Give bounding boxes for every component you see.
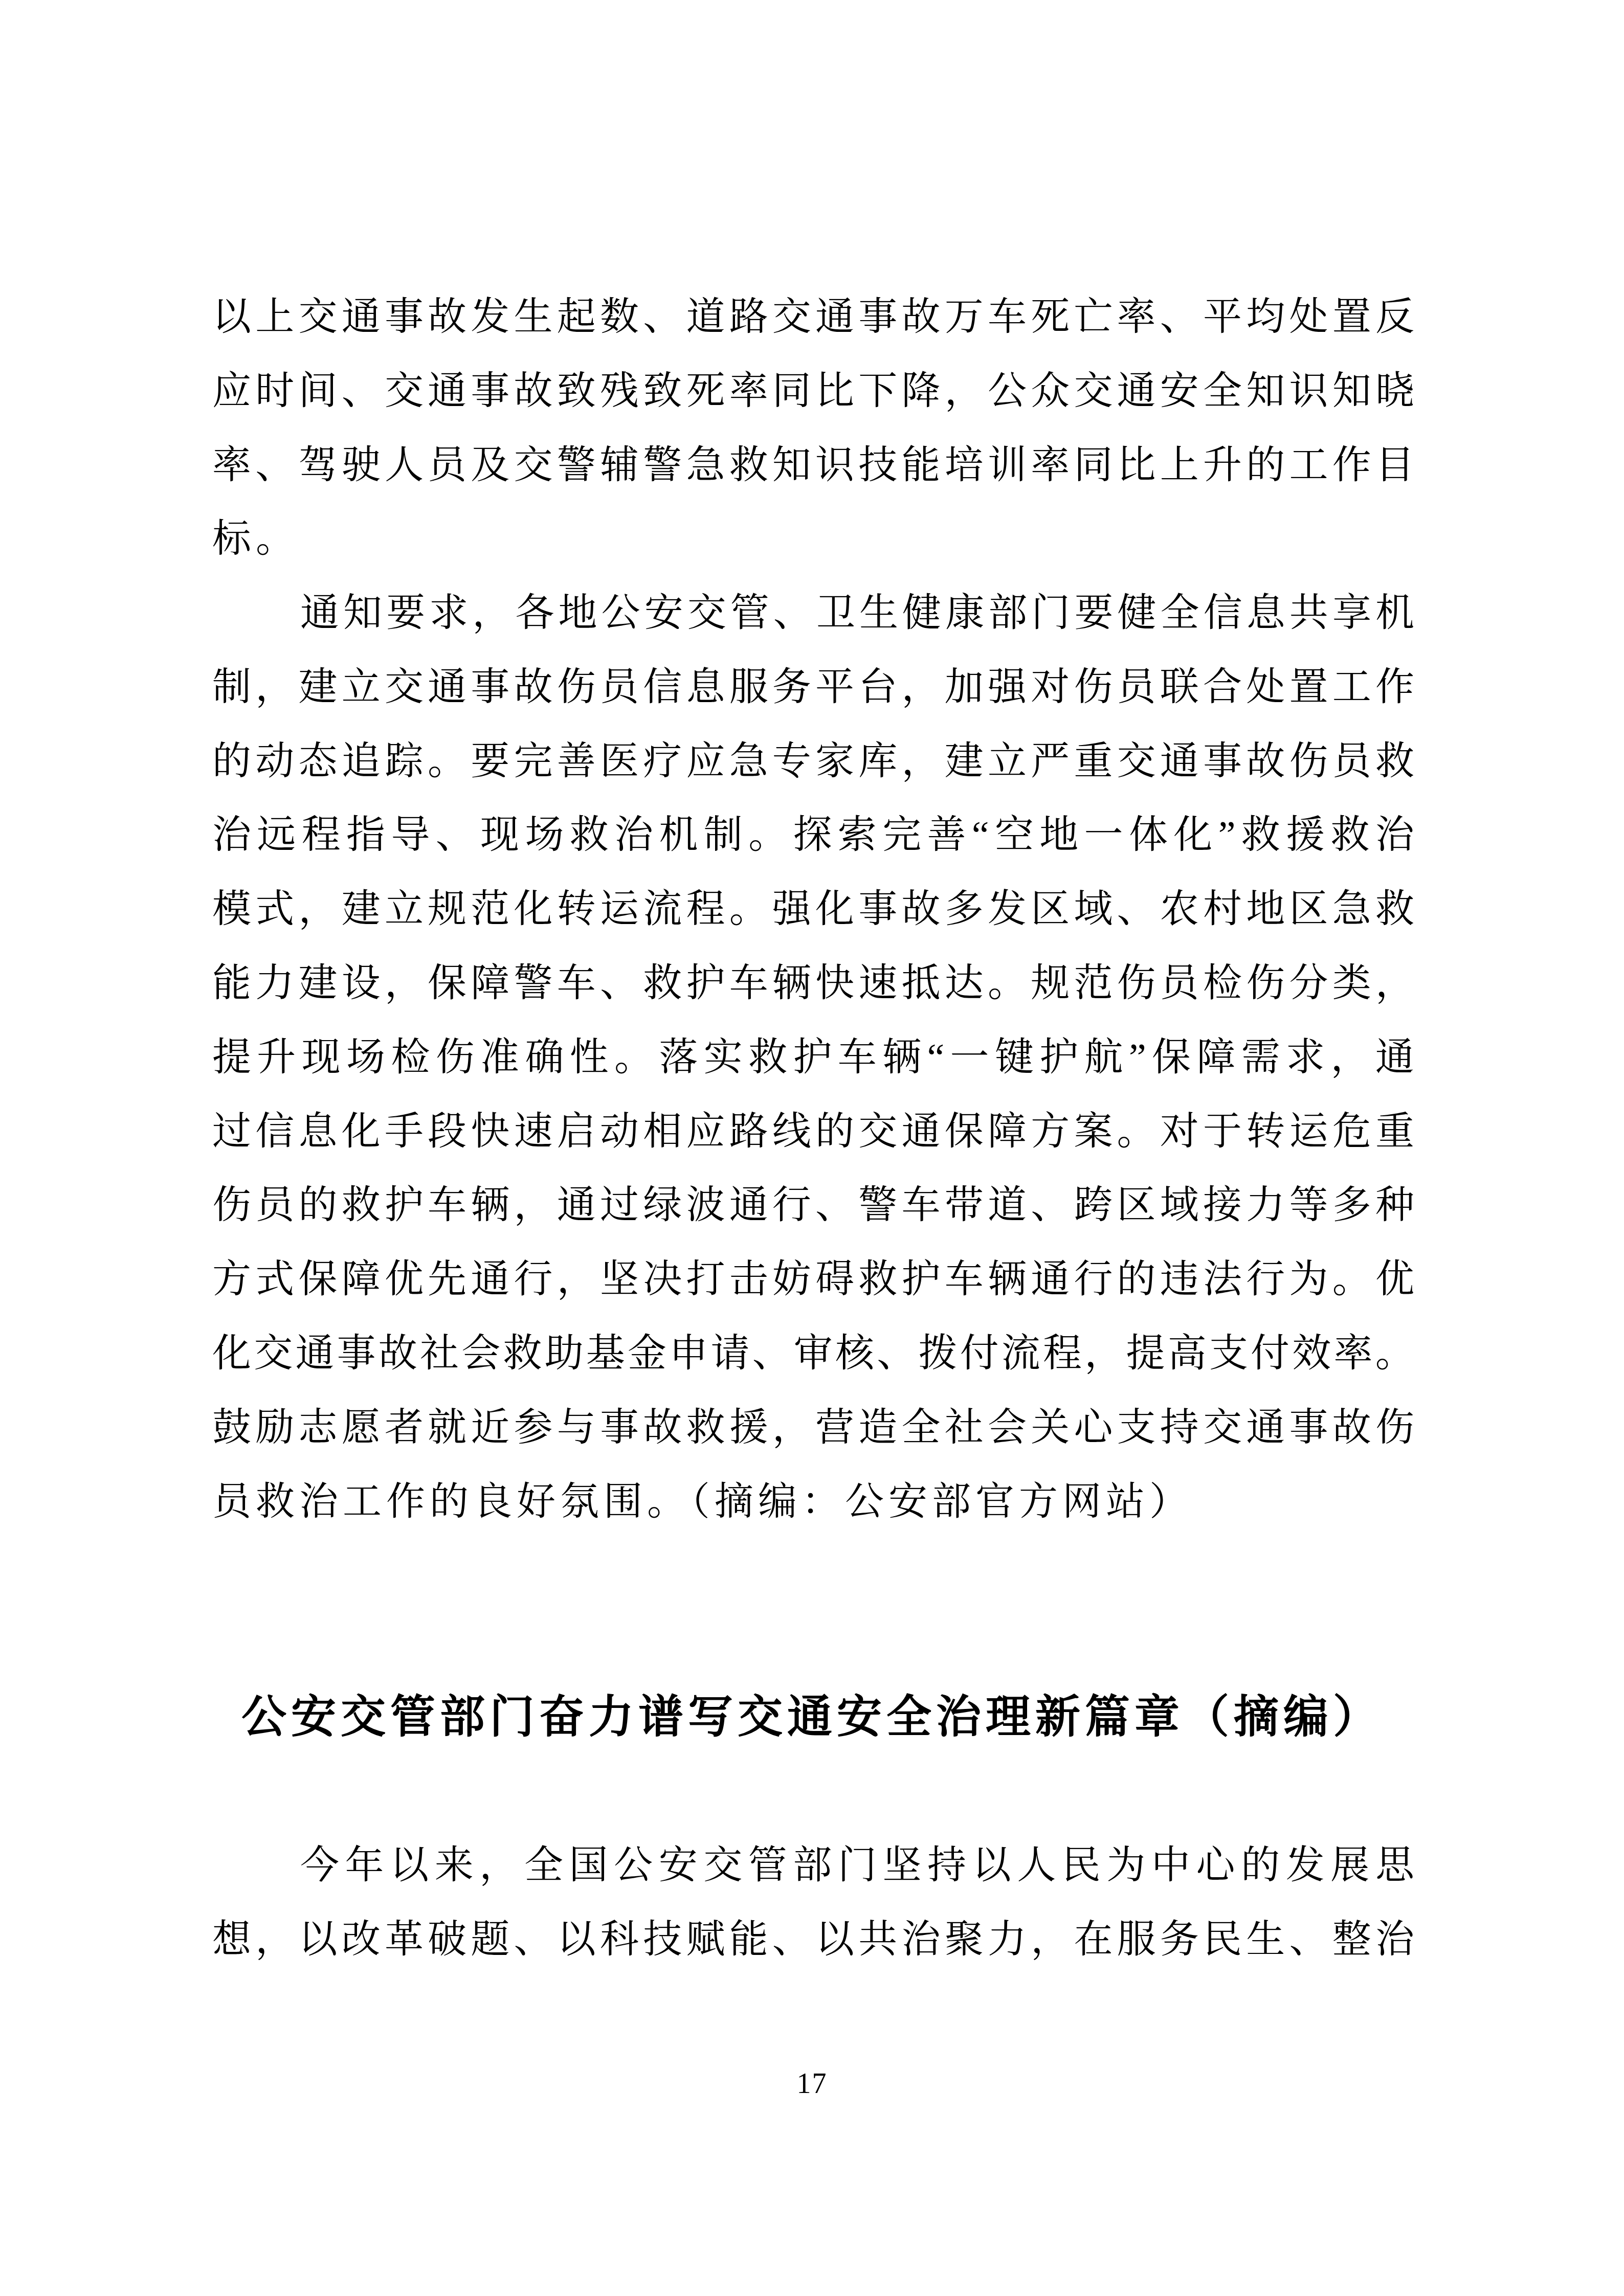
- text-line: 以上交通事故发生起数、道路交通事故万车死亡率、平均处置反: [212, 280, 1414, 354]
- text-line: 的动态追踪。要完善医疗应急专家库，建立严重交通事故伤员救: [212, 725, 1414, 799]
- text-line: 化交通事故社会救助基金申请、审核、拨付流程，提高支付效率。: [212, 1317, 1414, 1391]
- paragraph-this-year: 今年以来，全国公安交管部门坚持以人民为中心的发展思想，以改革破题、以科技赋能、以…: [212, 1829, 1414, 1977]
- text-line: 今年以来，全国公安交管部门坚持以人民为中心的发展思: [212, 1829, 1414, 1903]
- text-line: 率、驾驶人员及交警辅警急救知识技能培训率同比上升的工作目: [212, 429, 1414, 503]
- text-line: 员救治工作的良好氛围。（摘编：公安部官方网站）: [212, 1465, 1414, 1539]
- text-line: 想，以改革破题、以科技赋能、以共治聚力，在服务民生、整治: [212, 1903, 1414, 1977]
- text-line: 标。: [212, 502, 1414, 576]
- text-line: 方式保障优先通行，坚决打击妨碍救护车辆通行的违法行为。优: [212, 1243, 1414, 1317]
- text-line: 治远程指导、现场救治机制。探索完善“空地一体化”救援救治: [212, 798, 1414, 872]
- text-line: 应时间、交通事故致残致死率同比下降，公众交通安全知识知晓: [212, 354, 1414, 429]
- page-number: 17: [0, 2068, 1624, 2099]
- paragraph-continued-goals: 以上交通事故发生起数、道路交通事故万车死亡率、平均处置反应时间、交通事故致残致死…: [212, 280, 1414, 576]
- text-line: 模式，建立规范化转运流程。强化事故多发区域、农村地区急救: [212, 872, 1414, 947]
- text-line: 能力建设，保障警车、救护车辆快速抵达。规范伤员检伤分类，: [212, 947, 1414, 1021]
- text-line: 过信息化手段快速启动相应路线的交通保障方案。对于转运危重: [212, 1095, 1414, 1169]
- paragraph-notice-requirements: 通知要求，各地公安交管、卫生健康部门要健全信息共享机制，建立交通事故伤员信息服务…: [212, 576, 1414, 1539]
- text-line: 制，建立交通事故伤员信息服务平台，加强对伤员联合处置工作: [212, 650, 1414, 725]
- text-line: 提升现场检伤准确性。落实救护车辆“一键护航”保障需求，通: [212, 1021, 1414, 1095]
- text-line: 通知要求，各地公安交管、卫生健康部门要健全信息共享机: [212, 576, 1414, 650]
- document-page: 以上交通事故发生起数、道路交通事故万车死亡率、平均处置反应时间、交通事故致残致死…: [0, 0, 1624, 2296]
- text-line: 伤员的救护车辆，通过绿波通行、警车带道、跨区域接力等多种: [212, 1168, 1414, 1243]
- section-heading: 公安交管部门奋力谱写交通安全治理新篇章（摘编）: [0, 1684, 1624, 1751]
- text-line: 鼓励志愿者就近参与事故救援，营造全社会关心支持交通事故伤: [212, 1391, 1414, 1465]
